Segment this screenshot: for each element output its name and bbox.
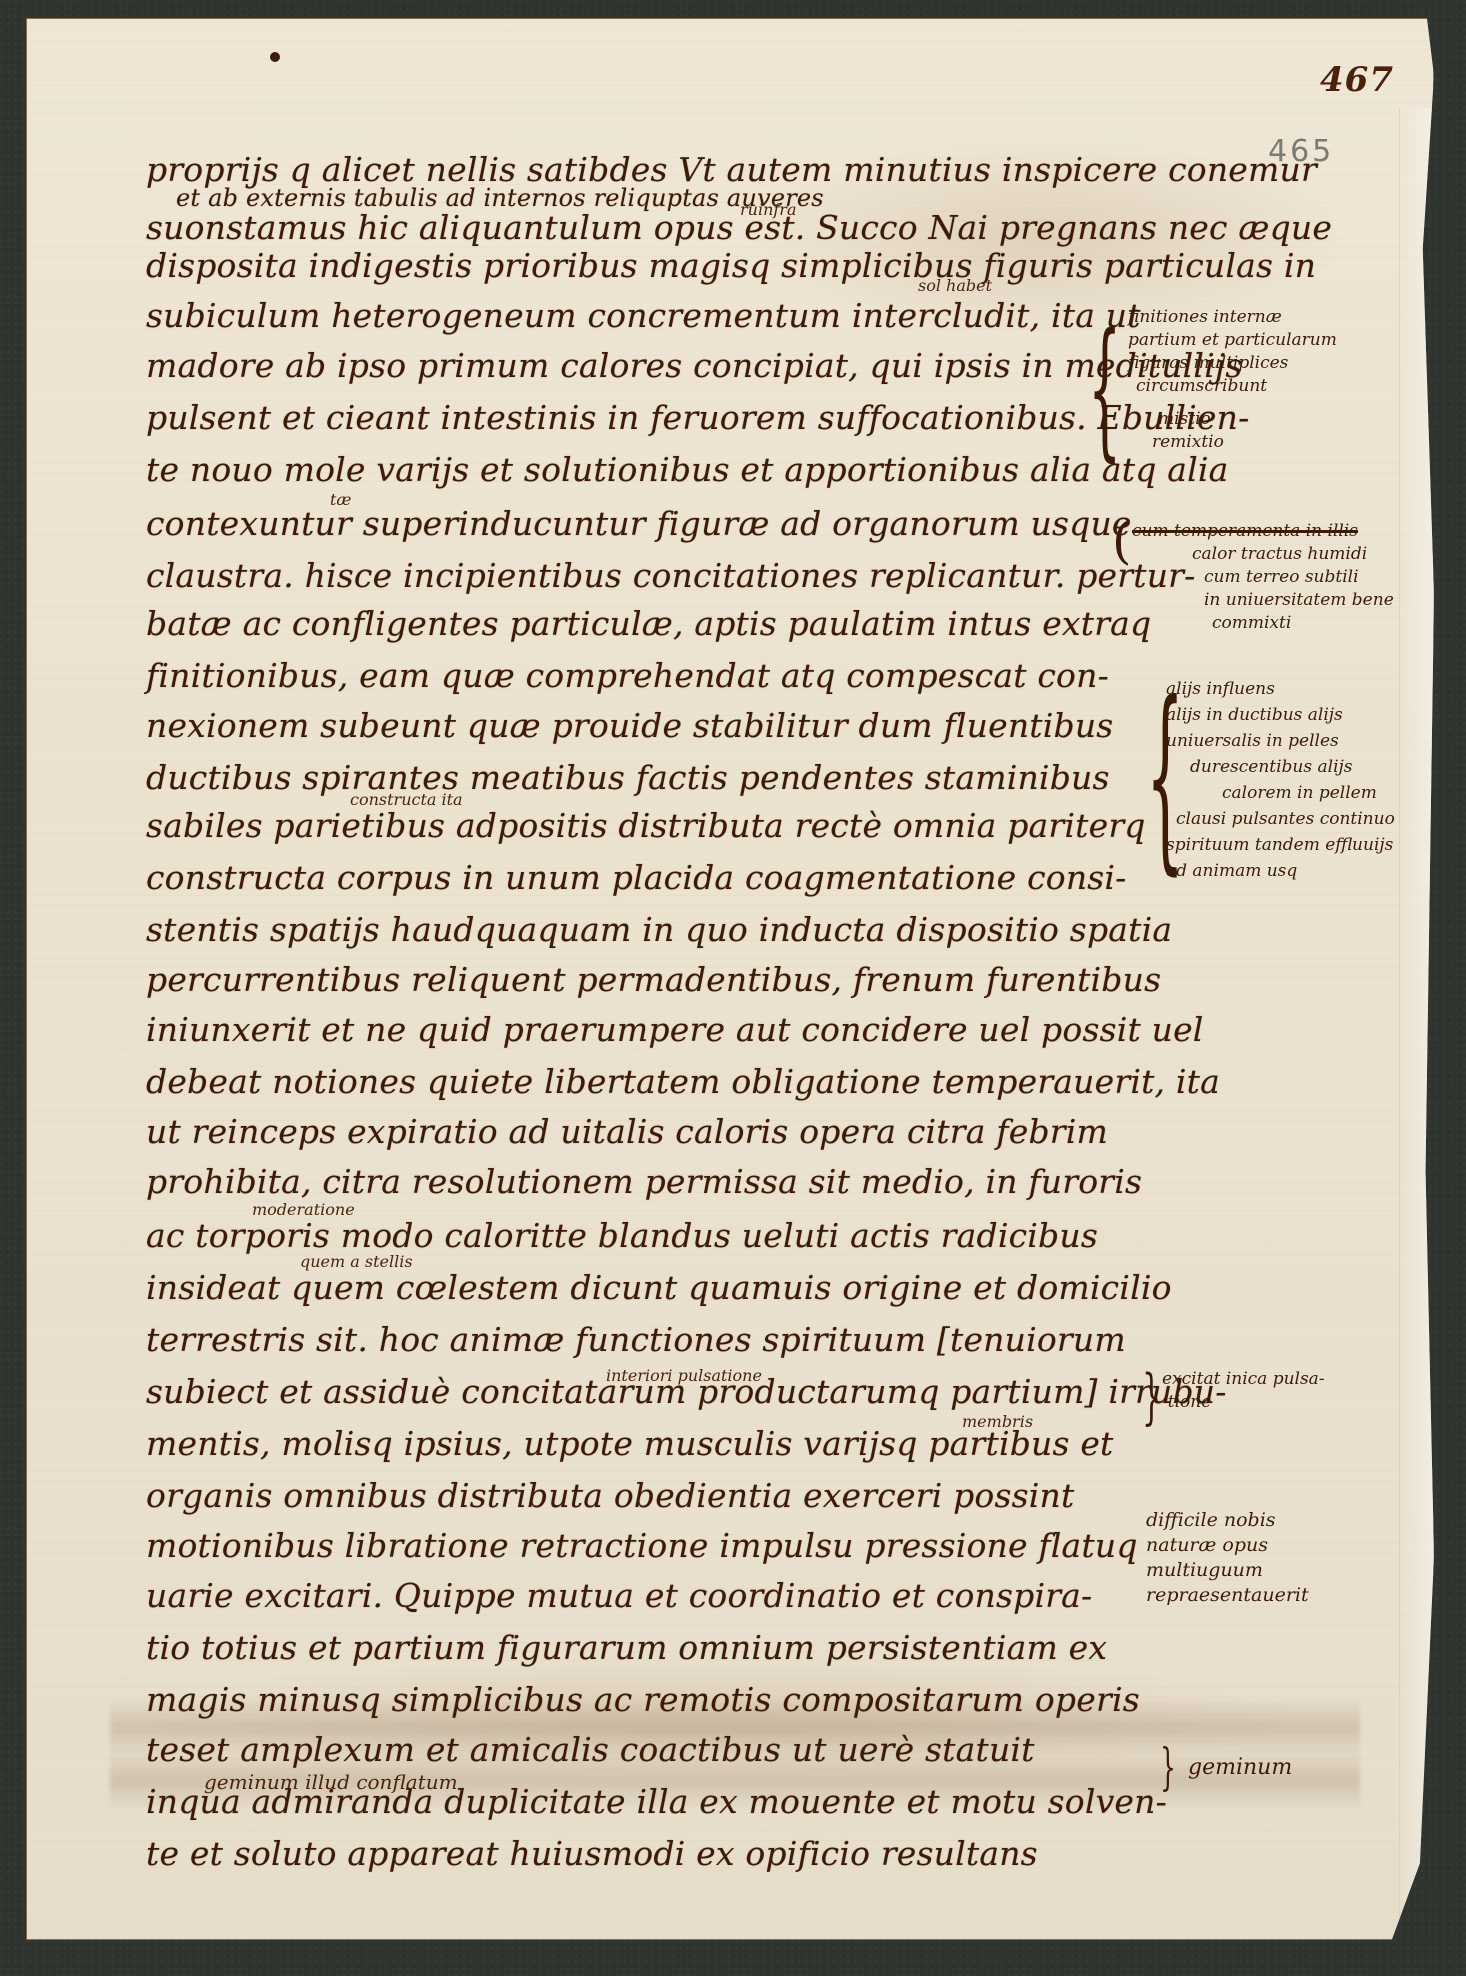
margin-note-line: calorem in pellem xyxy=(1166,780,1395,806)
margin-note-line: cum temperamenta in illis xyxy=(1132,520,1394,543)
margin-note-4: excitat inica pulsa- -tione xyxy=(1162,1368,1325,1414)
brace-icon: { xyxy=(1088,302,1121,476)
interlinear-insert: membris xyxy=(962,1412,1033,1431)
text-line: magis minusq simplicibus ac remotis comp… xyxy=(146,1680,1140,1719)
margin-note-line: in uniuersitatem bene xyxy=(1132,589,1394,612)
text-line: tio totius et partium figurarum omnium p… xyxy=(146,1628,1107,1667)
text-line: organis omnibus distributa obedientia ex… xyxy=(146,1476,1074,1515)
margin-note-2: cum temperamenta in illis calor tractus … xyxy=(1132,520,1394,635)
margin-note-1: finitiones internæ partium et particular… xyxy=(1128,306,1337,454)
interlinear-insert: geminum illud conflatum xyxy=(204,1770,458,1794)
margin-note-line: cum terreo subtili xyxy=(1132,566,1394,589)
margin-note-line: mistio xyxy=(1128,408,1337,431)
brace-icon: } xyxy=(1142,1362,1161,1432)
interlinear-insert: tæ xyxy=(330,490,351,509)
interlinear-insert: quem a stellis xyxy=(300,1252,413,1271)
text-line: ductibus spirantes meatibus factis pende… xyxy=(146,758,1110,797)
text-line: te et soluto appareat huiusmodi ex opifi… xyxy=(146,1834,1038,1873)
text-line: contexuntur superinducuntur figuræ ad or… xyxy=(146,504,1132,543)
interlinear-insert: sol habet xyxy=(918,276,992,295)
text-line: debeat notiones quiete libertatem obliga… xyxy=(146,1062,1220,1101)
margin-note-line: durescentibus alijs xyxy=(1166,754,1395,780)
margin-note-line: uniuersalis in pelles xyxy=(1166,728,1395,754)
interlinear-insert: moderatione xyxy=(252,1200,355,1219)
margin-note-3: alijs influens alijs in ductibus alijs u… xyxy=(1166,676,1395,884)
text-line: pulsent et cieant intestinis in feruorem… xyxy=(146,398,1249,437)
brace-icon: } xyxy=(1160,1738,1176,1796)
text-line: iniunxerit et ne quid praerumpere aut co… xyxy=(146,1010,1204,1049)
text-line: subiculum heterogeneum concrementum inte… xyxy=(146,296,1141,335)
text-line: ac torporis modo caloritte blandus uelut… xyxy=(146,1216,1098,1255)
margin-note-line: alijs in ductibus alijs xyxy=(1166,702,1395,728)
text-line: claustra. hisce incipientibus concitatio… xyxy=(146,556,1195,595)
text-line: prohibita, citra resolutionem permissa s… xyxy=(146,1162,1142,1201)
margin-note-line: geminum xyxy=(1188,1756,1292,1779)
text-line: sabiles parietibus adpositis distributa … xyxy=(146,806,1146,845)
text-line: te nouo mole varijs et solutionibus et a… xyxy=(146,450,1229,489)
margin-note-line: finitiones internæ xyxy=(1128,306,1337,329)
text-line: madore ab ipso primum calores concipiat,… xyxy=(146,346,1243,385)
margin-note-line: clausi pulsantes continuo xyxy=(1166,806,1395,832)
text-line: stentis spatijs haudquaquam in quo induc… xyxy=(146,910,1172,949)
margin-note-line: repraesentauerit xyxy=(1146,1583,1309,1608)
text-line: nexionem subeunt quæ prouide stabilitur … xyxy=(146,706,1113,745)
margin-note-6: geminum xyxy=(1188,1756,1292,1779)
margin-note-line: multiuguum xyxy=(1146,1558,1309,1583)
margin-note-line: excitat inica pulsa- xyxy=(1162,1368,1325,1391)
interlinear-insert: ruinfra xyxy=(740,200,796,219)
margin-note-line: alijs influens xyxy=(1166,676,1395,702)
margin-note-line: circumscribunt xyxy=(1128,375,1337,398)
margin-note-line: partium et particularum xyxy=(1128,329,1337,352)
main-text-block: proprijs q alicet nellis satibdes Vt aut… xyxy=(0,0,1466,1976)
text-line: motionibus libratione retractione impuls… xyxy=(146,1526,1138,1565)
margin-note-line: difficile nobis xyxy=(1146,1508,1309,1533)
margin-note-line: spirituum tandem effluuijs xyxy=(1166,832,1395,858)
margin-note-5: difficile nobis naturæ opus multiuguum r… xyxy=(1146,1508,1309,1608)
interlinear-insert: constructa ita xyxy=(350,790,463,809)
brace-icon: ( xyxy=(1112,512,1132,570)
text-line: finitionibus, eam quæ comprehendat atq c… xyxy=(146,656,1109,695)
margin-note-line: ad animam usq xyxy=(1166,858,1395,884)
text-line: percurrentibus reliquent permadentibus, … xyxy=(146,960,1161,999)
text-line: teset amplexum et amicalis coactibus ut … xyxy=(146,1730,1035,1769)
text-line: uarie excitari. Quippe mutua et coordina… xyxy=(146,1576,1092,1615)
margin-note-line: remixtio xyxy=(1128,431,1337,454)
text-line: constructa corpus in unum placida coagme… xyxy=(146,858,1127,897)
margin-note-line: naturæ opus xyxy=(1146,1533,1309,1558)
text-line: batæ ac confligentes particulæ, aptis pa… xyxy=(146,604,1151,643)
margin-note-line: figuras multiplices xyxy=(1128,352,1337,375)
margin-note-line: -tione xyxy=(1162,1391,1325,1414)
text-line: insideat quem cœlestem dicunt quamuis or… xyxy=(146,1268,1172,1307)
text-line: terrestris sit. hoc animæ functiones spi… xyxy=(146,1320,1126,1359)
text-line: disposita indigestis prioribus magisq si… xyxy=(146,246,1316,285)
margin-note-line: calor tractus humidi xyxy=(1132,543,1394,566)
interlinear-insert: interiori pulsatione xyxy=(606,1366,762,1385)
margin-note-line: commixti xyxy=(1132,612,1394,635)
text-line: ut reinceps expiratio ad uitalis caloris… xyxy=(146,1112,1108,1151)
